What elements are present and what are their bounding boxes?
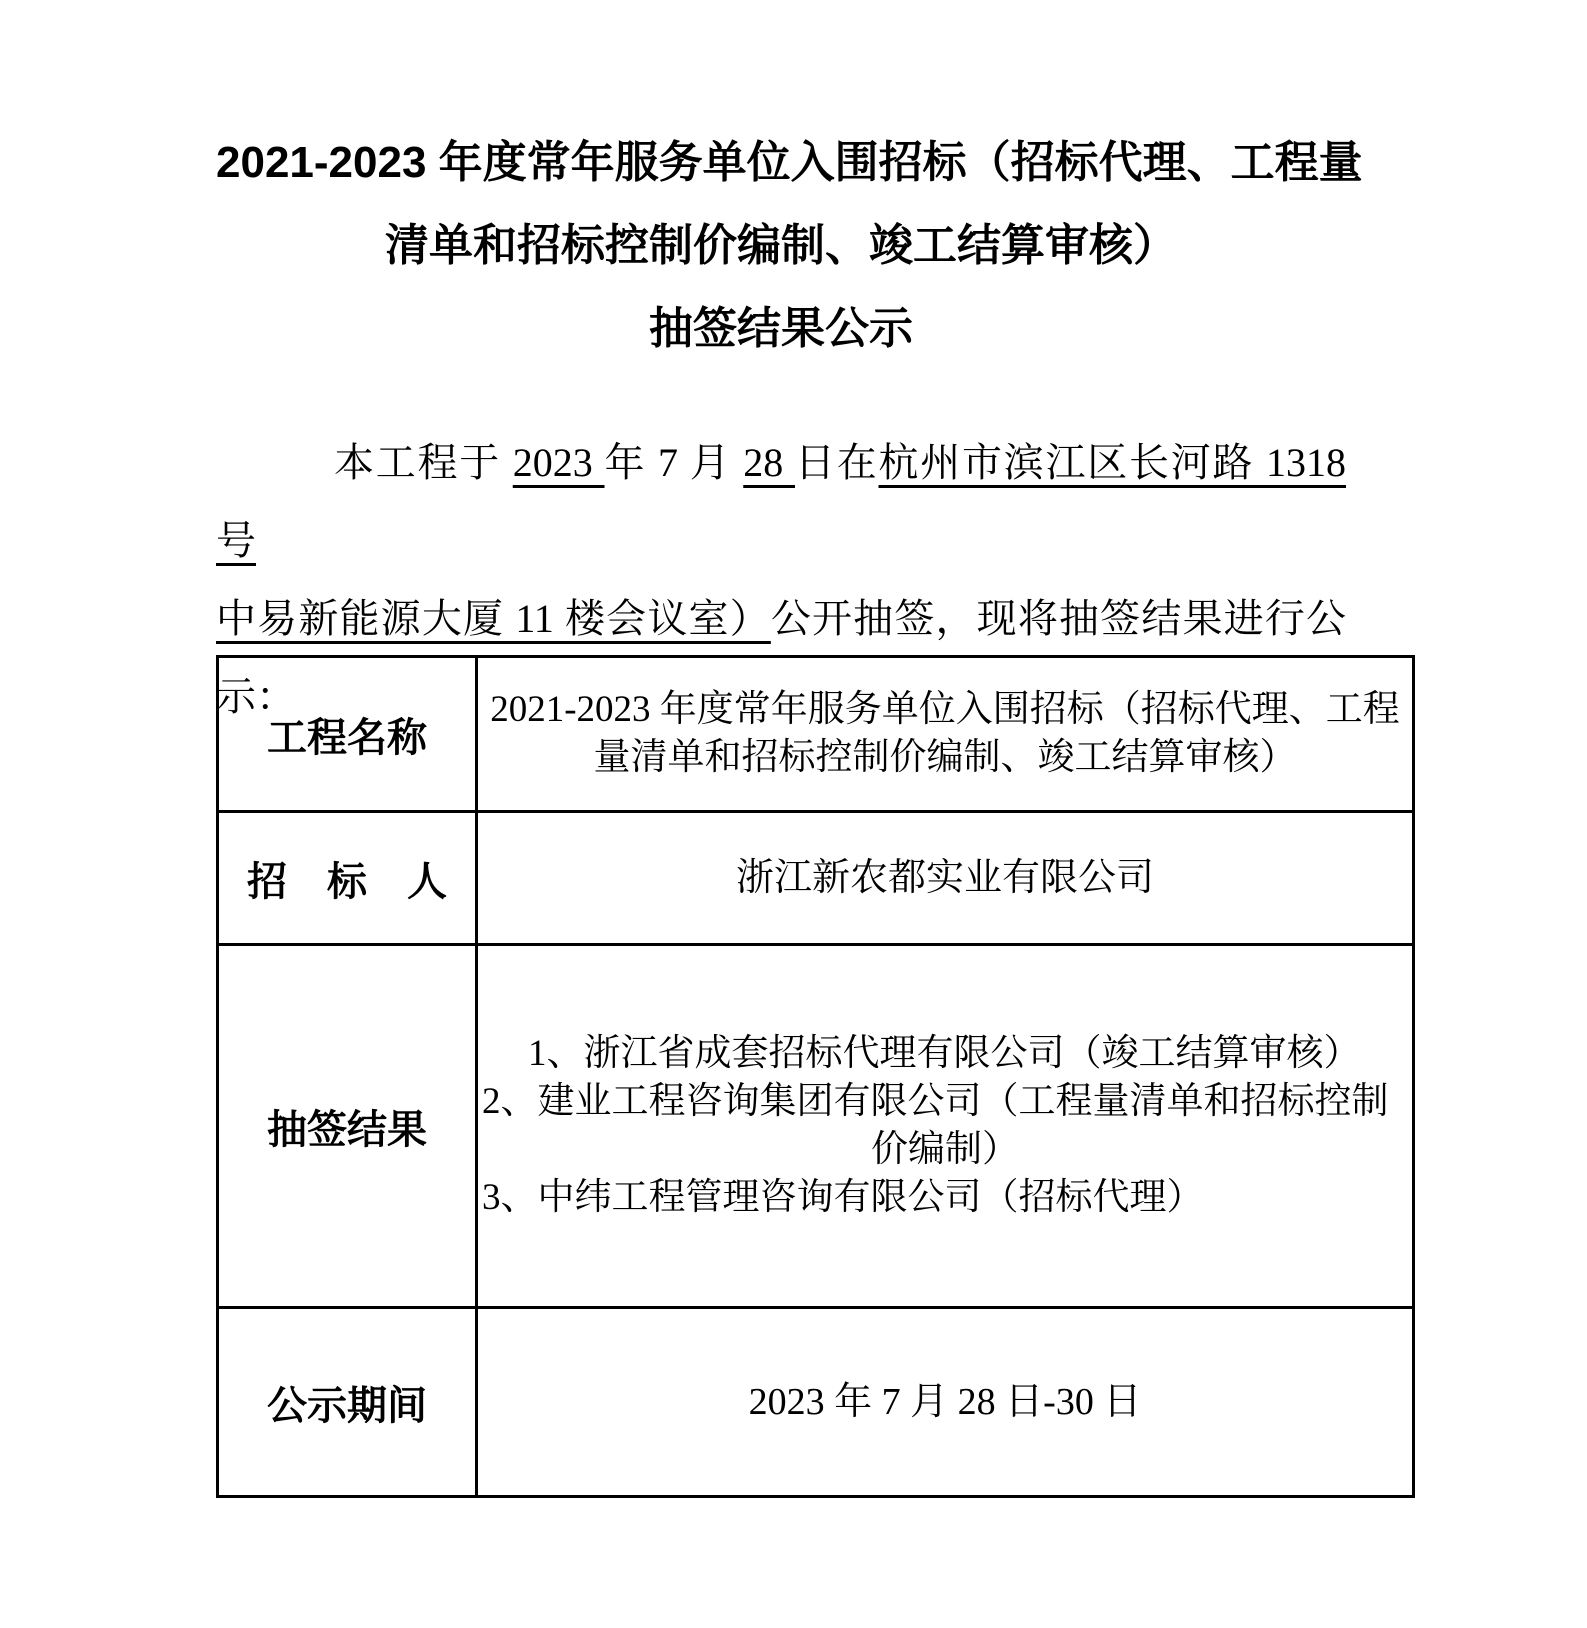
title-line-3: 抽签结果公示 <box>216 287 1346 370</box>
value-line: 浙江新农都实业有限公司 <box>478 854 1412 902</box>
value-line: 量清单和招标控制价编制、竣工结算审核） <box>478 734 1412 782</box>
document-title: 2021-2023 年度常年服务单位入围招标（招标代理、工程量 清单和招标控制价… <box>216 121 1346 370</box>
document-page: 2021-2023 年度常年服务单位入围招标（招标代理、工程量 清单和招标控制价… <box>0 0 1587 1628</box>
table-row-tenderee: 招 标 人 浙江新农都实业有限公司 <box>218 812 1414 945</box>
value-line-result-2: 2、建业工程咨询集团有限公司（工程量清单和招标控制 <box>478 1078 1412 1126</box>
intro-run-plain: 日在 <box>795 440 879 485</box>
intro-run-underlined-day: 28 <box>743 440 795 485</box>
intro-run-plain: 年 7 月 <box>605 440 744 485</box>
title-line-2: 清单和招标控制价编制、竣工结算审核） <box>216 204 1346 287</box>
row-value-lottery-result: 1、浙江省成套招标代理有限公司（竣工结算审核） 2、建业工程咨询集团有限公司（工… <box>477 945 1414 1308</box>
value-line-result-2-wrap: 价编制） <box>478 1126 1412 1174</box>
intro-run-plain: 本工程于 <box>334 440 513 485</box>
row-value-tenderee: 浙江新农都实业有限公司 <box>477 812 1414 945</box>
intro-line-2: 中易新能源大厦 11 楼会议室）公开抽签，现将抽签结果进行公 <box>216 580 1346 658</box>
table-row-lottery-result: 抽签结果 1、浙江省成套招标代理有限公司（竣工结算审核） 2、建业工程咨询集团有… <box>218 945 1414 1308</box>
value-line-result-1: 1、浙江省成套招标代理有限公司（竣工结算审核） <box>478 1030 1412 1078</box>
table-row-project-name: 工程名称 2021-2023 年度常年服务单位入围招标（招标代理、工程 量清单和… <box>218 657 1414 812</box>
table-row-publicity-period: 公示期间 2023 年 7 月 28 日-30 日 <box>218 1308 1414 1497</box>
row-label-publicity-period: 公示期间 <box>218 1308 477 1497</box>
intro-run-plain: 公开抽签，现将抽签结果进行公 <box>771 596 1346 641</box>
intro-line-1: 本工程于 2023 年 7 月 28 日在杭州市滨江区长河路 1318 号 <box>216 424 1346 580</box>
row-value-publicity-period: 2023 年 7 月 28 日-30 日 <box>477 1308 1414 1497</box>
value-line: 2021-2023 年度常年服务单位入围招标（招标代理、工程 <box>478 686 1412 734</box>
announcement-table: 工程名称 2021-2023 年度常年服务单位入围招标（招标代理、工程 量清单和… <box>216 655 1415 1498</box>
row-label-lottery-result: 抽签结果 <box>218 945 477 1308</box>
row-value-project-name: 2021-2023 年度常年服务单位入围招标（招标代理、工程 量清单和招标控制价… <box>477 657 1414 812</box>
title-line-1: 2021-2023 年度常年服务单位入围招标（招标代理、工程量 <box>216 121 1346 204</box>
value-line-result-3: 3、中纬工程管理咨询有限公司（招标代理） <box>478 1174 1412 1222</box>
value-line: 2023 年 7 月 28 日-30 日 <box>478 1378 1412 1426</box>
row-label-project-name: 工程名称 <box>218 657 477 812</box>
intro-run-underlined-venue: 中易新能源大厦 11 楼会议室） <box>216 596 771 641</box>
intro-run-underlined-year: 2023 <box>513 440 605 485</box>
row-label-tenderee: 招 标 人 <box>218 812 477 945</box>
